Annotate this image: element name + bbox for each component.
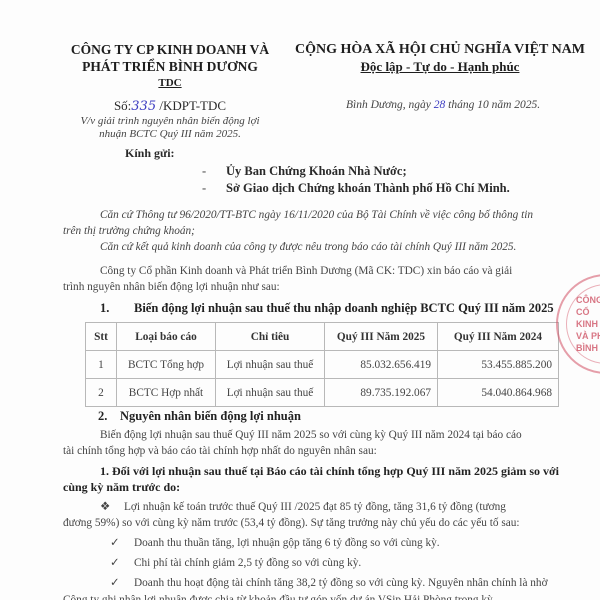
check-item: ✓Doanh thu hoạt động tài chính tăng 38,2… [110, 575, 548, 591]
document-subject: V/v giải trình nguyên nhân biến động lợi… [60, 115, 280, 141]
document-number-prefix: Số: [114, 98, 131, 113]
section-2-para-line-1: Biến động lợi nhuận sau thuế Quý III năm… [100, 427, 522, 443]
check-text: Doanh thu thuần tăng, lợi nhuận gộp tăng… [134, 537, 440, 549]
cell-report-type: BCTC Hợp nhất [117, 379, 216, 407]
recipient-item: -Ủy Ban Chứng Khoán Nhà Nước; [202, 164, 407, 179]
handwritten-number: 335 [131, 99, 156, 114]
cell-report-type: BCTC Tổng hợp [117, 351, 216, 379]
cell-q3-2024: 53.455.885.200 [438, 351, 559, 379]
recipient-text: Sở Giao dịch Chứng khoán Thành phố Hồ Ch… [226, 181, 510, 195]
recipient-text: Ủy Ban Chứng Khoán Nhà Nước; [226, 164, 407, 178]
cell-indicator: Lợi nhuận sau thuế [216, 351, 325, 379]
recipient-item: -Sở Giao dịch Chứng khoán Thành phố Hồ C… [202, 181, 510, 196]
section-number: 2. [98, 409, 120, 424]
basis-line-1: Căn cứ Thông tư 96/2020/TT-BTC ngày 16/1… [100, 207, 533, 223]
cell-q3-2025: 85.032.656.419 [325, 351, 438, 379]
basis-line-3: Căn cứ kết quả kinh doanh của công ty đư… [100, 239, 516, 255]
company-name-line1: CÔNG TY CP KINH DOANH VÀ [60, 41, 280, 58]
date-prefix: Bình Dương, ngày [346, 99, 431, 111]
section-number: 1. [100, 301, 134, 316]
table-row: 1 BCTC Tổng hợp Lợi nhuận sau thuế 85.03… [86, 351, 559, 379]
cell-q3-2024: 54.040.864.968 [438, 379, 559, 407]
document-number: Số:335 /KDPT-TDC [60, 98, 280, 114]
date-suffix: tháng 10 năm 2025. [448, 99, 540, 111]
section-2-para-line-2: tài chính tổng hợp và báo cáo tài chính … [63, 443, 377, 459]
check-item: ✓Doanh thu thuần tăng, lợi nhuận gộp tăn… [110, 535, 440, 551]
company-seal-stamp: CÔNG CỔ KINH D VÀ PHÁ BÌNH D [556, 274, 600, 374]
checkmark-icon: ✓ [110, 575, 134, 591]
company-short-name: TDC [60, 75, 280, 92]
intro-line-2: trình nguyên nhân biến động lợi nhuận nh… [63, 279, 280, 295]
col-report-type: Loại báo cáo [117, 323, 216, 351]
recipients-label: Kính gửi: [125, 146, 175, 161]
document-date: Bình Dương, ngày 28 tháng 10 năm 2025. [346, 99, 540, 111]
col-stt: Stt [86, 323, 117, 351]
checkmark-icon: ✓ [110, 535, 134, 551]
section-2-heading: 2.Nguyên nhân biến động lợi nhuận [98, 409, 301, 424]
check-item: ✓Chi phí tài chính giảm 2,5 tỷ đồng so v… [110, 555, 361, 571]
profit-table: Stt Loại báo cáo Chỉ tiêu Quý III Năm 20… [85, 322, 559, 407]
col-q3-2025: Quý III Năm 2025 [325, 323, 438, 351]
col-q3-2024: Quý III Năm 2024 [438, 323, 559, 351]
check-text: Doanh thu hoạt động tài chính tăng 38,2 … [134, 577, 548, 589]
bullet-text: Lợi nhuận kế toán trước thuế Quý III /20… [124, 501, 506, 513]
document-number-suffix: /KDPT-TDC [159, 98, 226, 113]
bullet-item: ❖Lợi nhuận kế toán trước thuế Quý III /2… [100, 499, 506, 515]
subject-line-2: nhuận BCTC Quý III năm 2025. [60, 128, 280, 141]
bullet-continuation: đương 59%) so với cùng kỳ năm trước (53,… [63, 515, 520, 531]
col-indicator: Chỉ tiêu [216, 323, 325, 351]
intro-line-1: Công ty Cổ phần Kinh doanh và Phát triển… [100, 263, 512, 279]
dash-bullet: - [202, 181, 226, 196]
company-name-block: CÔNG TY CP KINH DOANH VÀ PHÁT TRIỂN BÌNH… [60, 41, 280, 92]
cell-stt: 1 [86, 351, 117, 379]
subject-line-1: V/v giải trình nguyên nhân biến động lợi [60, 115, 280, 128]
section-1-heading: 1.Biến động lợi nhuận sau thuế thu nhập … [100, 301, 554, 316]
subsection-heading-line-1: 1. Đối với lợi nhuận sau thuế tại Báo cá… [100, 463, 559, 479]
handwritten-day: 28 [434, 99, 446, 111]
nation-title: CỘNG HÒA XÃ HỘI CHỦ NGHĨA VIỆT NAM [285, 41, 595, 58]
basis-line-2: trên thị trường chứng khoán; [63, 223, 195, 239]
national-header: CỘNG HÒA XÃ HỘI CHỦ NGHĨA VIỆT NAM Độc l… [285, 41, 595, 75]
diamond-bullet-icon: ❖ [100, 499, 124, 515]
subsection-heading-line-2: cùng kỳ năm trước do: [63, 479, 180, 495]
company-name-line2: PHÁT TRIỂN BÌNH DƯƠNG [60, 58, 280, 75]
stamp-text: CÔNG CỔ KINH D VÀ PHÁ BÌNH D [576, 294, 600, 354]
check-continuation: Công ty ghi nhận lợi nhuận được chia từ … [63, 592, 496, 600]
table-header-row: Stt Loại báo cáo Chỉ tiêu Quý III Năm 20… [86, 323, 559, 351]
section-title: Nguyên nhân biến động lợi nhuận [120, 409, 301, 423]
cell-indicator: Lợi nhuận sau thuế [216, 379, 325, 407]
cell-stt: 2 [86, 379, 117, 407]
national-motto: Độc lập - Tự do - Hạnh phúc [285, 58, 595, 75]
section-title: Biến động lợi nhuận sau thuế thu nhập do… [134, 301, 554, 315]
check-text: Chi phí tài chính giảm 2,5 tỷ đồng so vớ… [134, 557, 361, 569]
checkmark-icon: ✓ [110, 555, 134, 571]
cell-q3-2025: 89.735.192.067 [325, 379, 438, 407]
table-row: 2 BCTC Hợp nhất Lợi nhuận sau thuế 89.73… [86, 379, 559, 407]
dash-bullet: - [202, 164, 226, 179]
